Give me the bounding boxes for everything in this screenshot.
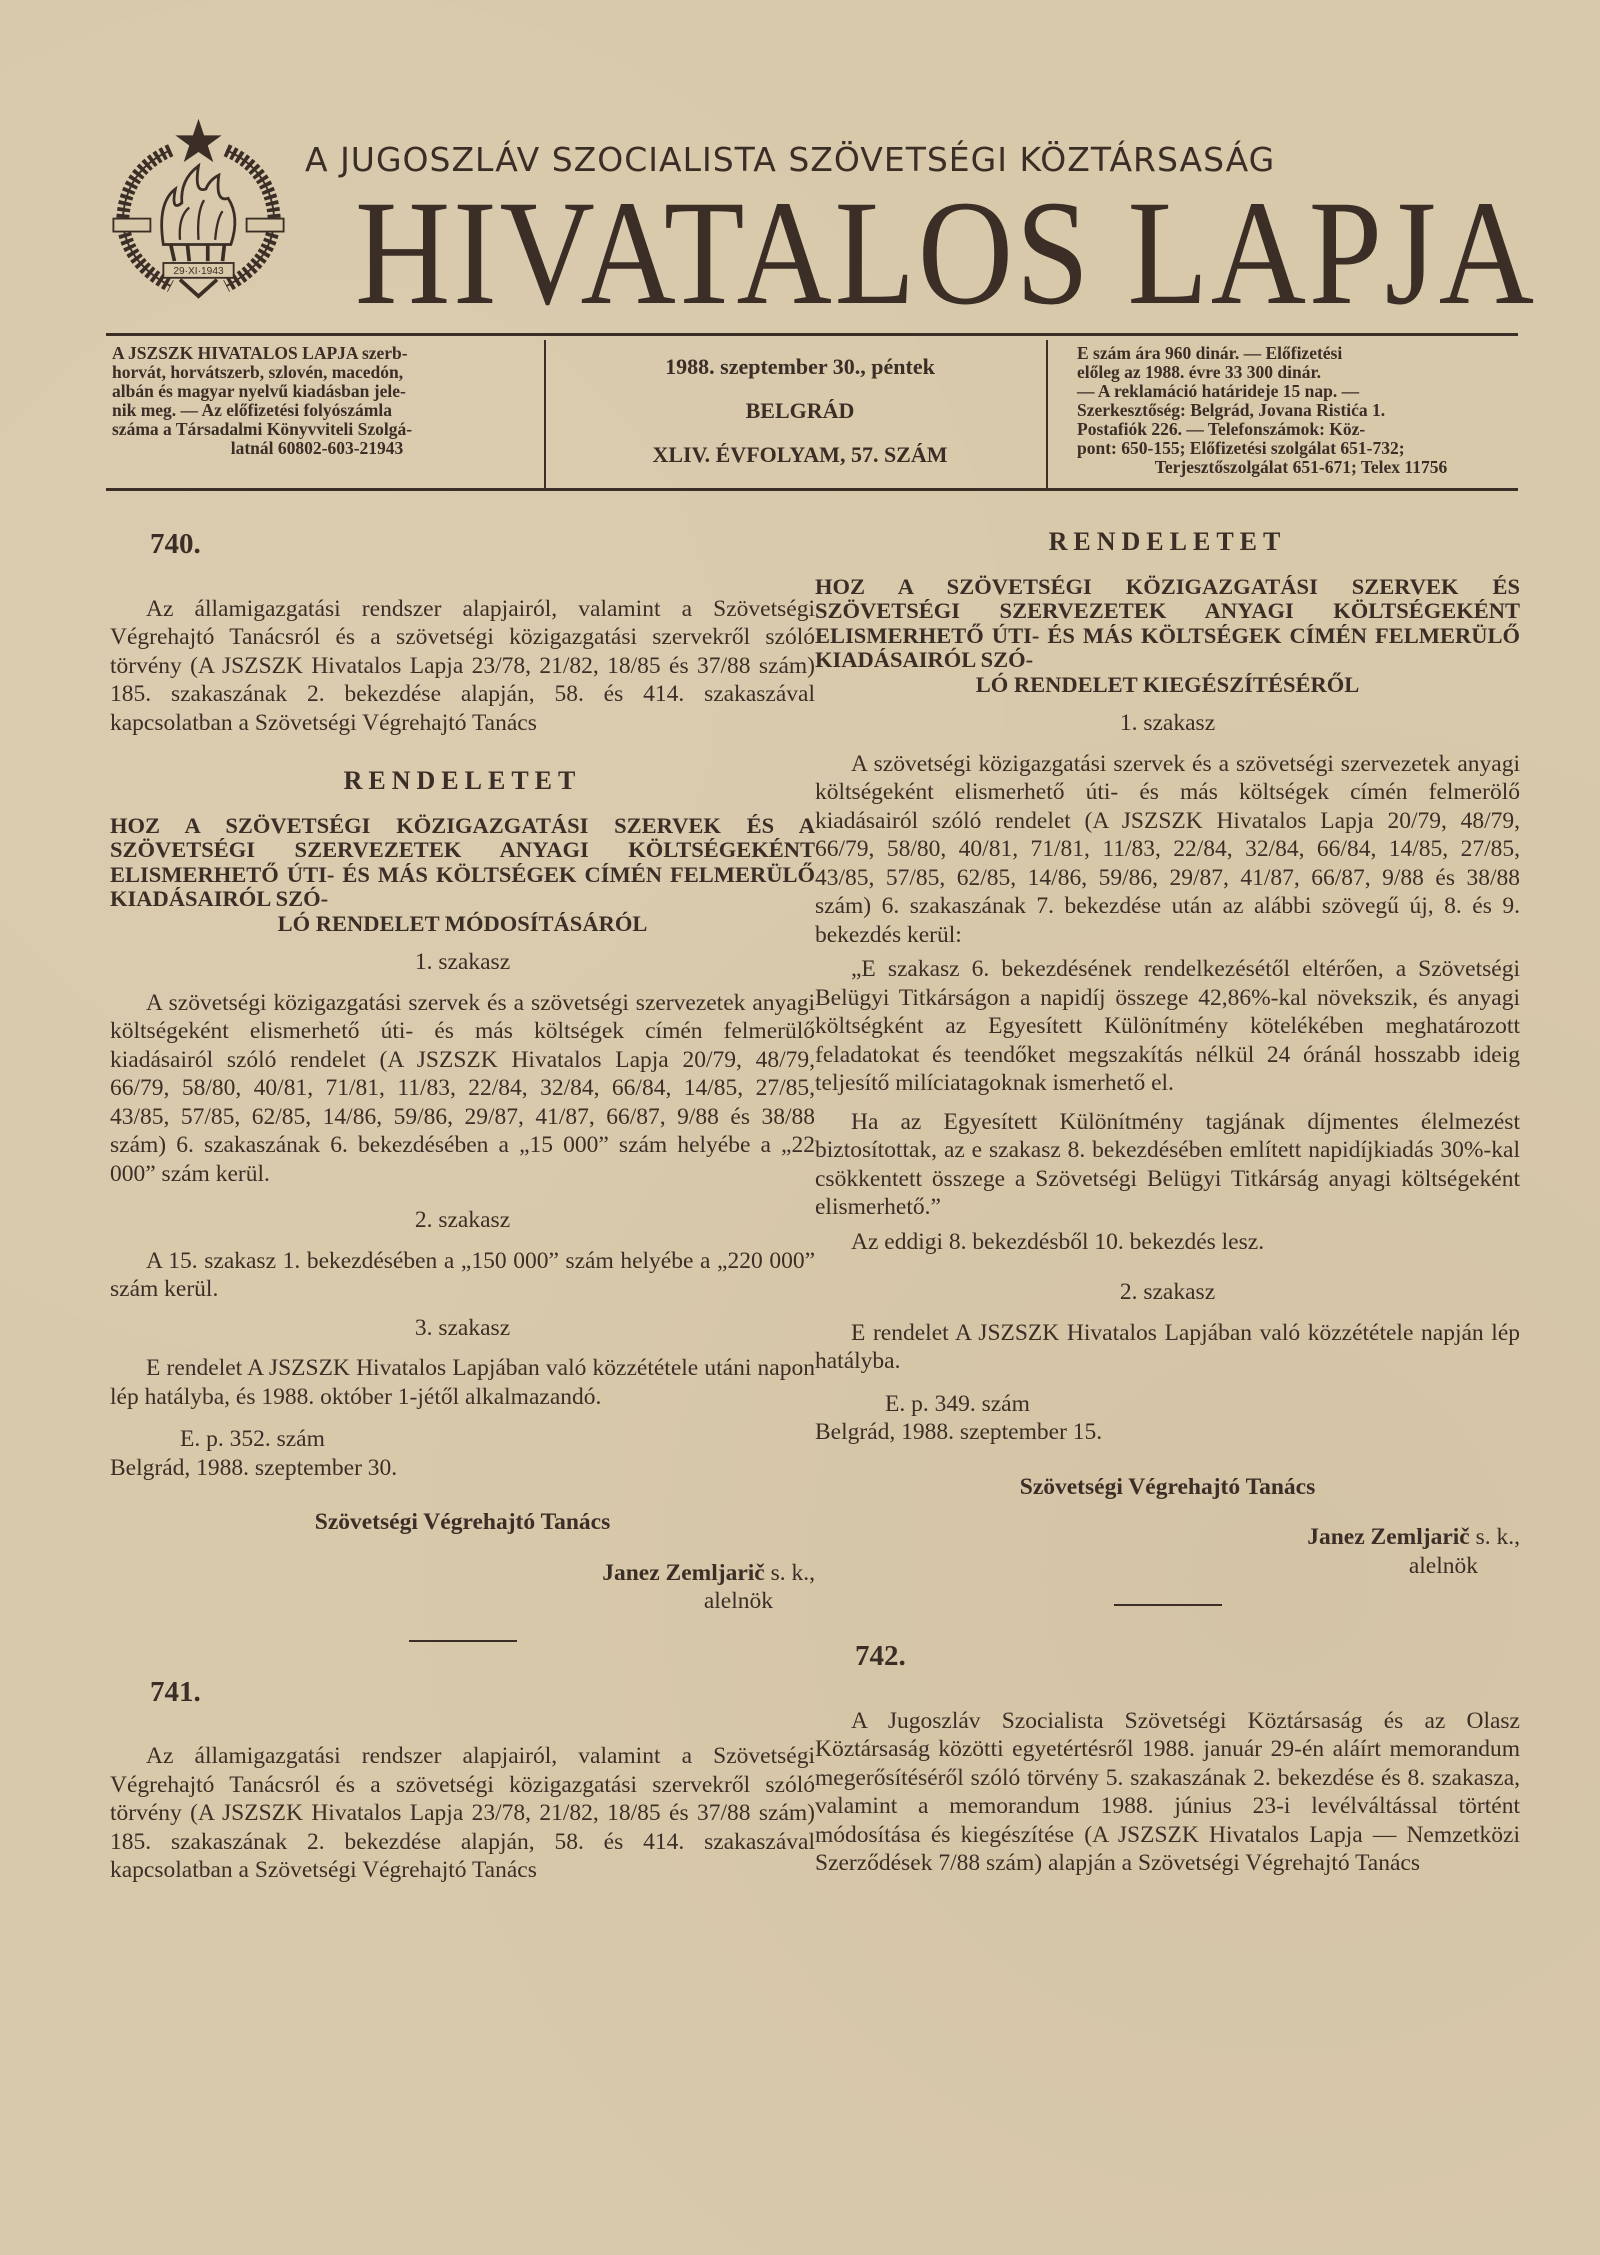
subheading-text-last: LÓ RENDELET KIEGÉSZÍTÉSÉRŐL [815,673,1520,698]
item-divider [409,1640,517,1642]
info-line: Postafiók 226. — Telefonszámok: Köz- [1077,420,1525,439]
signer-suffix: s. k., [765,1560,815,1586]
signer-role: alelnök [110,1587,773,1616]
svg-text:29·XI·1943: 29·XI·1943 [173,266,224,277]
info-line: — A reklamáció határideje 15 nap. — [1077,382,1525,401]
signer-name: Janez Zemljarič [1307,1524,1469,1550]
place-date: Belgrád, 1988. szeptember 30. [110,1454,815,1483]
preamble-740: Az államigazgatási rendszer alapjairól, … [110,595,815,738]
council-name: Szövetségi Végrehajtó Tanács [110,1508,815,1537]
info-line: horvát, horvátszerb, szlovén, macedón, [112,363,522,382]
section-text: A szövetségi közigazgatási szervek és a … [110,989,815,1189]
decree-heading: RENDELETET [110,767,815,796]
place-date: Belgrád, 1988. szeptember 15. [815,1418,1520,1447]
issue-number: XLIV. ÉVFOLYAM, 57. SZÁM [555,442,1045,468]
reference-number: E. p. 352. szám [180,1425,815,1454]
info-line: A JSZSZK HIVATALOS LAPJA szerb- [112,344,522,363]
section-text: Ha az Egyesített Különítmény tagjának dí… [815,1108,1520,1222]
decree-heading: RENDELETET [815,528,1520,557]
issue-city: BELGRÁD [555,398,1045,424]
info-line: száma a Társadalmi Könyvviteli Szolgá- [112,420,522,439]
section-text: A 15. szakasz 1. bekezdésében a „150 000… [110,1247,815,1304]
yugoslav-coat-of-arms-icon: 29·XI·1943 [106,115,291,300]
item-number-740: 740. [150,530,815,559]
council-name: Szövetségi Végrehajtó Tanács [815,1473,1520,1502]
left-column: 740. Az államigazgatási rendszer alapjai… [110,520,815,1885]
section-text: A szövetségi közigazgatási szervek és a … [815,750,1520,950]
decree-subheading: HOZ A SZÖVETSÉGI KÖZIGAZGATÁSI SZERVEK É… [110,814,815,937]
subheading-text-last: LÓ RENDELET MÓDOSÍTÁSÁRÓL [110,912,815,937]
info-line: E szám ára 960 dinár. — Előfizetési [1077,344,1525,363]
issue-info: 1988. szeptember 30., péntek BELGRÁD XLI… [555,354,1045,486]
item-divider [1114,1604,1222,1606]
subheading-text: HOZ A SZÖVETSÉGI KÖZIGAZGATÁSI SZERVEK É… [815,575,1520,673]
subheading-text: HOZ A SZÖVETSÉGI KÖZIGAZGATÁSI SZERVEK É… [110,814,815,912]
header-top-rule [106,333,1518,336]
section-label: 2. szakasz [815,1278,1520,1307]
section-label: 2. szakasz [110,1206,815,1235]
publication-info: A JSZSZK HIVATALOS LAPJA szerb- horvát, … [112,344,522,458]
gazette-title: HIVATALOS LAPJA [355,178,1349,328]
header-divider-left [544,340,546,488]
info-line: Szerkesztőség: Belgrád, Jovana Ristića 1… [1077,401,1525,420]
section-label: 1. szakasz [815,709,1520,738]
section-label: 1. szakasz [110,948,815,977]
right-column: RENDELETET HOZ A SZÖVETSÉGI KÖZIGAZGATÁS… [815,520,1520,1878]
info-line: albán és magyar nyelvű kiadásban jele- [112,382,522,401]
section-text: E rendelet A JSZSZK Hivatalos Lapjában v… [110,1354,815,1411]
info-line: pont: 650-155; Előfizetési szolgálat 651… [1077,439,1525,458]
preamble-742: A Jugoszláv Szocialista Szövetségi Köztá… [815,1707,1520,1878]
info-line: előleg az 1988. évre 33 300 dinár. [1077,363,1525,382]
signer-role: alelnök [815,1552,1478,1581]
gazette-page: 29·XI·1943 A JUGOSZLÁV SZOCIALISTA SZÖVE… [0,0,1600,2255]
info-line: Terjesztőszolgálat 651-671; Telex 11756 [1077,458,1525,477]
item-number-741: 741. [150,1678,815,1707]
info-line: nik meg. — Az előfizetési folyószámla [112,401,522,420]
section-text: E rendelet A JSZSZK Hivatalos Lapjában v… [815,1319,1520,1376]
signer-name: Janez Zemljarič [602,1560,764,1586]
issue-date: 1988. szeptember 30., péntek [555,354,1045,380]
preamble-741: Az államigazgatási rendszer alapjairól, … [110,1742,815,1885]
price-contact-info: E szám ára 960 dinár. — Előfizetési elől… [1077,344,1525,477]
item-number-742: 742. [855,1642,1520,1671]
info-line: latnál 60802-603-21943 [112,439,522,458]
signature: Janez Zemljarič s. k., [815,1523,1520,1552]
signature: Janez Zemljarič s. k., [110,1559,815,1588]
reference-number: E. p. 349. szám [885,1390,1520,1419]
decree-subheading: HOZ A SZÖVETSÉGI KÖZIGAZGATÁSI SZERVEK É… [815,575,1520,698]
section-text: Az eddigi 8. bekezdésből 10. bekezdés le… [815,1228,1520,1257]
header-divider-right [1046,340,1048,488]
signer-suffix: s. k., [1470,1524,1520,1550]
section-label: 3. szakasz [110,1314,815,1343]
section-text: „E szakasz 6. bekezdésének rendelkezését… [815,955,1520,1098]
header-bottom-rule [106,488,1518,491]
